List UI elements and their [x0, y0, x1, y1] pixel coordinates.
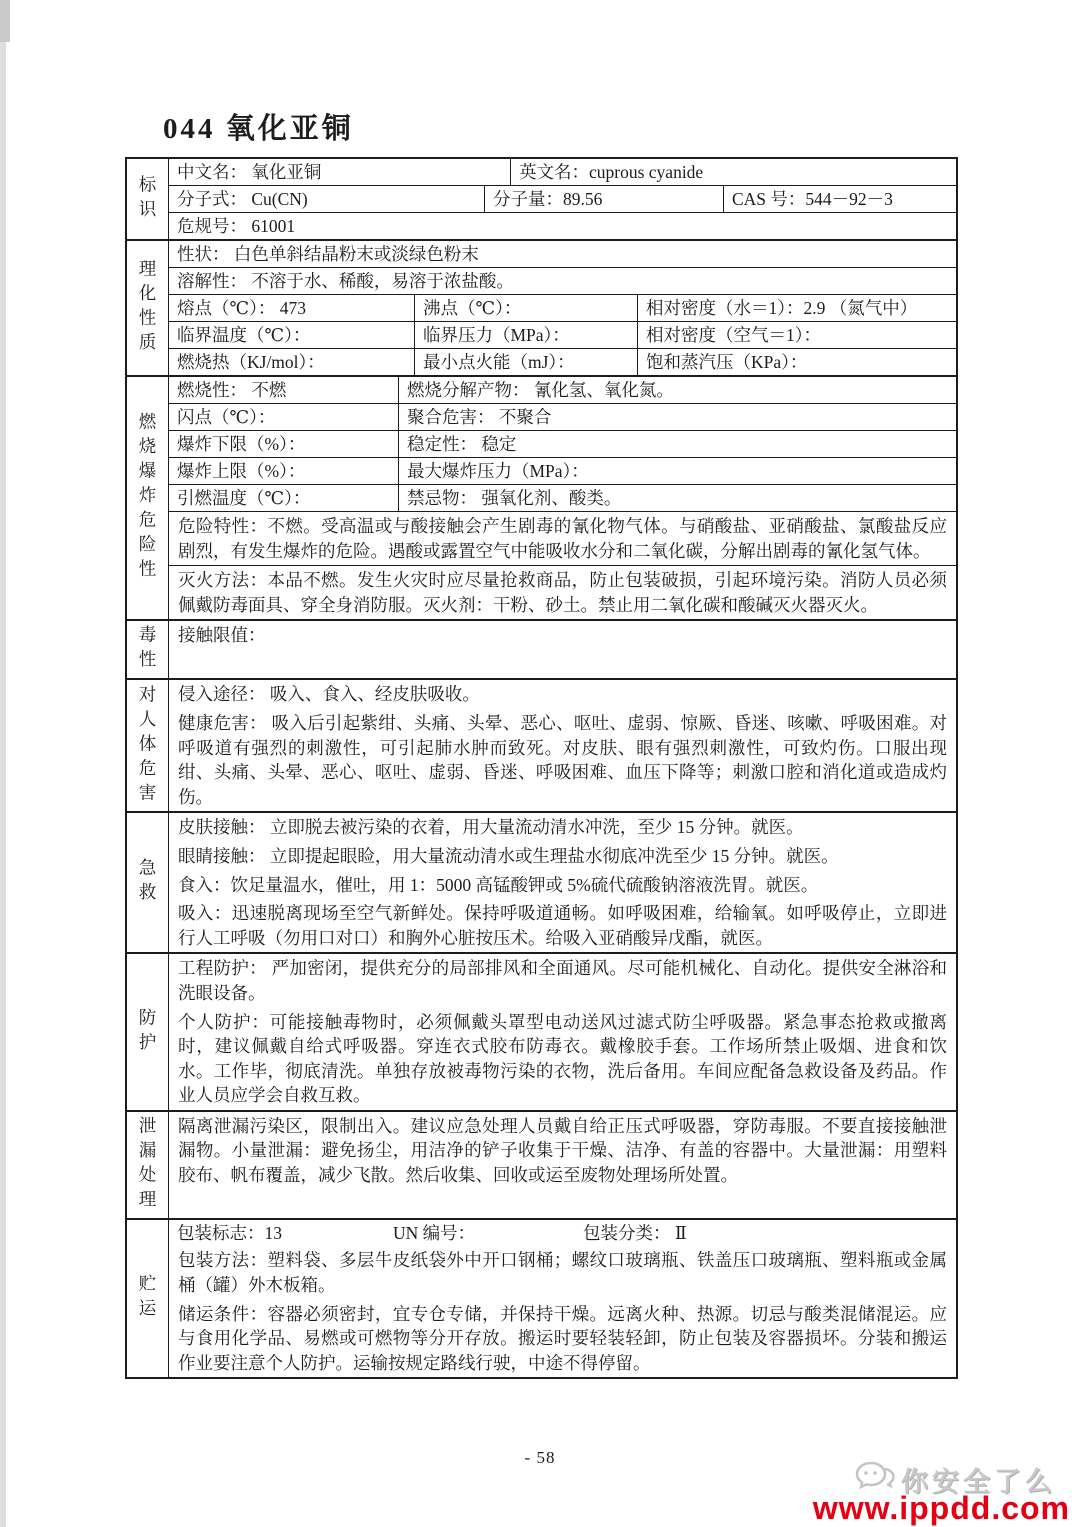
leakage-disposal-text: 隔离泄漏污染区，限制出入。建议应急处理人员戴自给正压式呼吸器，穿防毒服。不要直接… [169, 1112, 956, 1206]
field-storage-conditions: 储运条件：容器必须密封，宜专仓专储，并保持干燥。远离火种、热源。切忌与酸类混储混… [169, 1300, 956, 1378]
table-row: 性状： 白色单斜结晶粉末或淡绿色粉末 [169, 241, 956, 268]
watermark-url: www.ippdd.com [813, 1491, 1070, 1525]
table-row: 灭火方法：本品不燃。发生火灾时应尽量抢救商品，防止包装破损，引起环境污染。消防人… [169, 566, 956, 619]
field-formula: 分子式： Cu(CN) [169, 186, 485, 212]
field-explosion-upper-limit: 爆炸上限（%）： [169, 458, 399, 484]
section-label-leakage: 泄漏处理 [127, 1112, 169, 1218]
fire-fighting-method-text: 灭火方法：本品不燃。发生火灾时应尽量抢救商品，防止包装破损，引起环境污染。消防人… [169, 566, 956, 619]
table-row: 接触限值： [169, 621, 956, 666]
section-label-fire-explosion: 燃烧爆炸危险性 [127, 377, 169, 619]
watermark: 你安全了么 www.ippdd.com [813, 1460, 1070, 1525]
field-packing-class: 包装分类： Ⅱ [583, 1221, 956, 1246]
field-boiling-point: 沸点（℃）： [415, 295, 638, 321]
section-label-storage: 贮运 [127, 1220, 169, 1378]
field-saturated-vapor-pressure: 饱和蒸汽压（KPa）： [638, 349, 956, 375]
section-storage-transport: 贮运 包装标志：13 UN 编号： 包装分类： Ⅱ 包装方法：塑料袋、多层牛皮纸… [127, 1218, 956, 1378]
document-page: 044 氧化亚铜 标识 中文名： 氧化亚铜 英文名：cuprous cyanid… [0, 0, 1080, 1527]
section-label-physical: 理化性质 [127, 241, 169, 375]
field-cn-name: 中文名： 氧化亚铜 [169, 159, 511, 185]
field-ignition-temperature: 引燃温度（℃）： [169, 485, 399, 511]
section-label-health: 对人体危害 [127, 680, 169, 811]
field-solubility: 溶解性： 不溶于水、稀酸，易溶于浓盐酸。 [169, 268, 956, 294]
section-protection: 防护 工程防护： 严加密闭，提供充分的局部排风和全面通风。尽可能机械化、自动化。… [127, 952, 956, 1110]
section-fire-explosion-hazard: 燃烧爆炸危险性 燃烧性： 不燃 燃烧分解产物： 氰化氢、氧化氮。 闪点（℃）： … [127, 375, 956, 619]
scan-edge-strip [0, 0, 6, 1527]
field-cas-number: CAS 号：544－92－3 [724, 186, 956, 212]
table-row: 中文名： 氧化亚铜 英文名：cuprous cyanide [169, 159, 956, 186]
field-en-name: 英文名：cuprous cyanide [511, 159, 956, 185]
field-flammability: 燃烧性： 不燃 [169, 377, 399, 403]
field-stability: 稳定性： 稳定 [399, 431, 956, 457]
field-flash-point: 闪点（℃）： [169, 404, 399, 430]
field-min-ignition-energy: 最小点火能（mJ）： [415, 349, 638, 375]
field-density-water: 相对密度（水＝1）：2.9 （氮气中） [638, 295, 956, 321]
hazard-characteristics-text: 危险特性：不燃。受高温或与酸接触会产生剧毒的氰化物气体。与硝酸盐、亚硝酸盐、氯酸… [169, 512, 956, 565]
page-title: 044 氧化亚铜 [163, 106, 354, 147]
table-row: 危规号： 61001 [169, 213, 956, 239]
section-physical-properties: 理化性质 性状： 白色单斜结晶粉末或淡绿色粉末 溶解性： 不溶于水、稀酸，易溶于… [127, 239, 956, 375]
field-molecular-weight: 分子量：89.56 [485, 186, 724, 212]
field-explosion-lower-limit: 爆炸下限（%）： [169, 431, 399, 457]
section-human-health-hazard: 对人体危害 侵入途径： 吸入、食入、经皮肤吸收。 健康危害： 吸入后引起紫绀、头… [127, 678, 956, 811]
field-un-number: UN 编号： [393, 1221, 583, 1246]
table-row: 包装标志：13 UN 编号： 包装分类： Ⅱ [169, 1220, 956, 1247]
table-row: 分子式： Cu(CN) 分子量：89.56 CAS 号：544－92－3 [169, 186, 956, 213]
field-polymerization-hazard: 聚合危害： 不聚合 [399, 404, 956, 430]
field-melting-point: 熔点（℃）： 473 [169, 295, 415, 321]
scan-edge-notch [0, 0, 10, 42]
section-label-toxicity: 毒性 [127, 621, 169, 678]
field-packing-mark: 包装标志：13 [177, 1221, 393, 1246]
section-label-identification: 标识 [127, 159, 169, 239]
section-leakage-disposal: 泄漏处理 隔离泄漏污染区，限制出入。建议应急处理人员戴自给正压式呼吸器，穿防毒服… [127, 1110, 956, 1218]
field-health-hazards: 健康危害： 吸入后引起紫绀、头痛、头晕、恶心、呕吐、虚弱、惊厥、昏迷、咳嗽、呼吸… [169, 709, 956, 811]
section-identification: 标识 中文名： 氧化亚铜 英文名：cuprous cyanide 分子式： Cu… [127, 159, 956, 239]
field-appearance: 性状： 白色单斜结晶粉末或淡绿色粉末 [169, 241, 956, 267]
field-density-air: 相对密度（空气＝1）： [638, 322, 956, 348]
field-packing-method: 包装方法：塑料袋、多层牛皮纸袋外中开口钢桶；螺纹口玻璃瓶、铁盖压口玻璃瓶、塑料瓶… [169, 1246, 956, 1299]
section-toxicity: 毒性 接触限值： [127, 619, 956, 678]
field-hazard-code: 危规号： 61001 [169, 213, 956, 239]
first-aid-skin-contact: 皮肤接触： 立即脱去被污染的衣着，用大量流动清水冲洗，至少 15 分钟。就医。 [169, 813, 956, 842]
field-routes-of-entry: 侵入途径： 吸入、食入、经皮肤吸收。 [169, 680, 956, 709]
field-heat-of-combustion: 燃烧热（KJ/mol）： [169, 349, 415, 375]
field-incompatibilities: 禁忌物： 强氧化剂、酸类。 [399, 485, 956, 511]
first-aid-eye-contact: 眼睛接触： 立即提起眼睑，用大量流动清水或生理盐水彻底冲洗至少 15 分钟。就医… [169, 842, 956, 871]
section-label-first-aid: 急救 [127, 813, 169, 952]
field-exposure-limit: 接触限值： [169, 621, 956, 666]
table-row: 引燃温度（℃）： 禁忌物： 强氧化剂、酸类。 [169, 485, 956, 512]
first-aid-ingestion: 食入：饮足量温水，催吐，用 1：5000 高锰酸钾或 5%硫代硫酸钠溶液洗胃。就… [169, 871, 956, 900]
msds-table: 标识 中文名： 氧化亚铜 英文名：cuprous cyanide 分子式： Cu… [125, 157, 958, 1379]
table-row: 闪点（℃）： 聚合危害： 不聚合 [169, 404, 956, 431]
table-row: 危险特性：不燃。受高温或与酸接触会产生剧毒的氰化物气体。与硝酸盐、亚硝酸盐、氯酸… [169, 512, 956, 566]
field-critical-pressure: 临界压力（MPa）： [415, 322, 638, 348]
table-row: 爆炸下限（%）： 稳定性： 稳定 [169, 431, 956, 458]
protection-personal: 个人防护：可能接触毒物时，必须佩戴头罩型电动送风过滤式防尘呼吸器。紧急事态抢救或… [169, 1008, 956, 1110]
table-row: 燃烧热（KJ/mol）： 最小点火能（mJ）： 饱和蒸汽压（KPa）： [169, 349, 956, 375]
field-max-explosion-pressure: 最大爆炸压力（MPa）： [399, 458, 956, 484]
table-row: 溶解性： 不溶于水、稀酸，易溶于浓盐酸。 [169, 268, 956, 295]
section-first-aid: 急救 皮肤接触： 立即脱去被污染的衣着，用大量流动清水冲洗，至少 15 分钟。就… [127, 811, 956, 952]
field-decomposition-products: 燃烧分解产物： 氰化氢、氧化氮。 [399, 377, 956, 403]
table-row: 燃烧性： 不燃 燃烧分解产物： 氰化氢、氧化氮。 [169, 377, 956, 404]
field-critical-temp: 临界温度（℃）： [169, 322, 415, 348]
table-row: 熔点（℃）： 473 沸点（℃）： 相对密度（水＝1）：2.9 （氮气中） [169, 295, 956, 322]
protection-engineering: 工程防护： 严加密闭，提供充分的局部排风和全面通风。尽可能机械化、自动化。提供安… [169, 954, 956, 1007]
table-row: 爆炸上限（%）： 最大爆炸压力（MPa）： [169, 458, 956, 485]
first-aid-inhalation: 吸入：迅速脱离现场至空气新鲜处。保持呼吸道通畅。如呼吸困难，给输氧。如呼吸停止，… [169, 899, 956, 952]
section-label-protection: 防护 [127, 954, 169, 1110]
table-row: 临界温度（℃）： 临界压力（MPa）： 相对密度（空气＝1）： [169, 322, 956, 349]
